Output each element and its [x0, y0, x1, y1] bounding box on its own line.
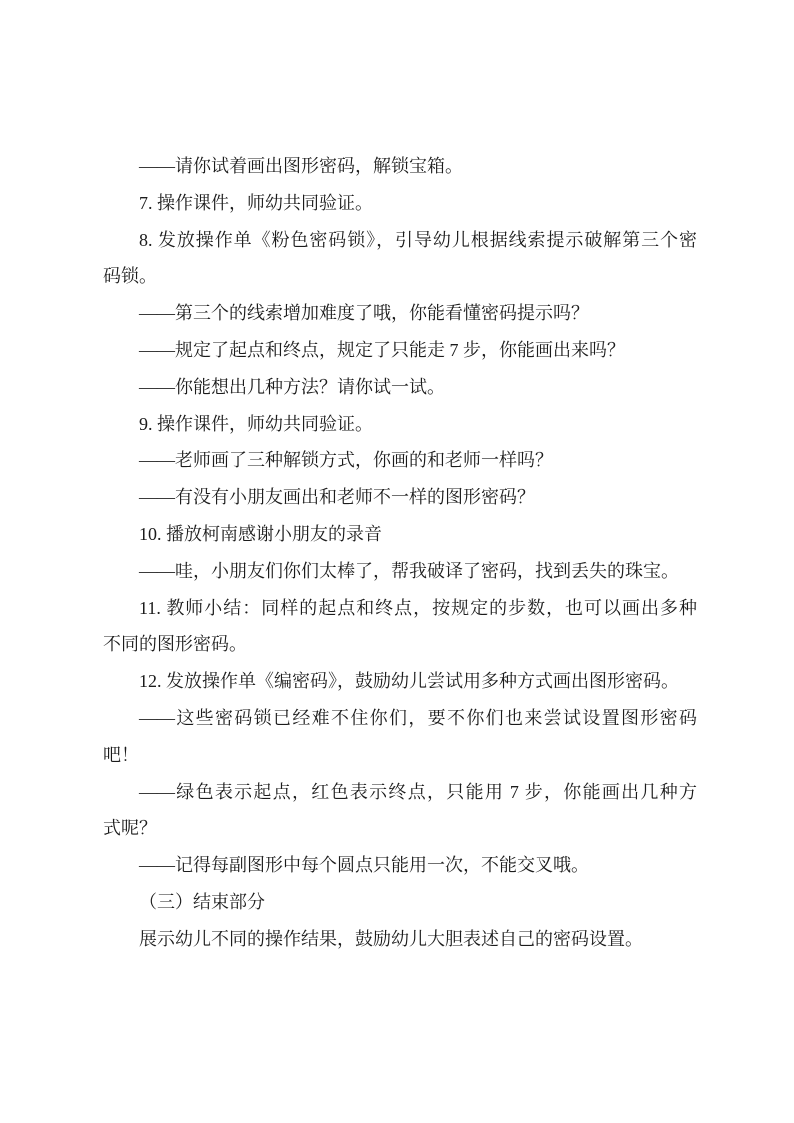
paragraph: ——规定了起点和终点，规定了只能走 7 步，你能画出来吗？: [103, 332, 697, 369]
text-line: 7. 操作课件，师幼共同验证。: [103, 185, 697, 222]
paragraph: ——记得每副图形中每个圆点只能用一次，不能交叉哦。: [103, 847, 697, 884]
paragraph: 7. 操作课件，师幼共同验证。: [103, 185, 697, 222]
text-line: 8. 发放操作单《粉色密码锁》，引导幼儿根据线索提示破解第三个密: [103, 222, 697, 259]
text-line: 9. 操作课件，师幼共同验证。: [103, 406, 697, 443]
text-line: ——哇，小朋友们你们太棒了，帮我破译了密码，找到丢失的珠宝。: [103, 553, 697, 590]
text-line: 吧！: [103, 737, 697, 774]
paragraph: 8. 发放操作单《粉色密码锁》，引导幼儿根据线索提示破解第三个密码锁。: [103, 222, 697, 296]
text-line: 不同的图形密码。: [103, 626, 697, 663]
text-line: 12. 发放操作单《编密码》，鼓励幼儿尝试用多种方式画出图形密码。: [103, 663, 697, 700]
text-line: 展示幼儿不同的操作结果，鼓励幼儿大胆表述自己的密码设置。: [103, 921, 697, 958]
text-line: ——第三个的线索增加难度了哦，你能看懂密码提示吗？: [103, 295, 697, 332]
document-page: ——请你试着画出图形密码，解锁宝箱。7. 操作课件，师幼共同验证。8. 发放操作…: [0, 0, 794, 1123]
text-line: （三）结束部分: [103, 884, 697, 921]
paragraph: ——哇，小朋友们你们太棒了，帮我破译了密码，找到丢失的珠宝。: [103, 553, 697, 590]
paragraph: 9. 操作课件，师幼共同验证。: [103, 406, 697, 443]
text-line: ——请你试着画出图形密码，解锁宝箱。: [103, 148, 697, 185]
paragraph: ——绿色表示起点，红色表示终点，只能用 7 步，你能画出几种方式呢？: [103, 774, 697, 848]
document-body: ——请你试着画出图形密码，解锁宝箱。7. 操作课件，师幼共同验证。8. 发放操作…: [103, 148, 697, 958]
text-line: 码锁。: [103, 258, 697, 295]
text-line: 11. 教师小结：同样的起点和终点，按规定的步数，也可以画出多种: [103, 590, 697, 627]
text-line: 10. 播放柯南感谢小朋友的录音: [103, 516, 697, 553]
text-line: ——老师画了三种解锁方式，你画的和老师一样吗？: [103, 442, 697, 479]
paragraph: 展示幼儿不同的操作结果，鼓励幼儿大胆表述自己的密码设置。: [103, 921, 697, 958]
paragraph: ——第三个的线索增加难度了哦，你能看懂密码提示吗？: [103, 295, 697, 332]
paragraph: 11. 教师小结：同样的起点和终点，按规定的步数，也可以画出多种不同的图形密码。: [103, 590, 697, 664]
paragraph: ——你能想出几种方法？请你试一试。: [103, 369, 697, 406]
paragraph: ——老师画了三种解锁方式，你画的和老师一样吗？: [103, 442, 697, 479]
text-line: 式呢？: [103, 810, 697, 847]
text-line: ——绿色表示起点，红色表示终点，只能用 7 步，你能画出几种方: [103, 774, 697, 811]
paragraph: （三）结束部分: [103, 884, 697, 921]
text-line: ——你能想出几种方法？请你试一试。: [103, 369, 697, 406]
text-line: ——这些密码锁已经难不住你们，要不你们也来尝试设置图形密码: [103, 700, 697, 737]
paragraph: ——请你试着画出图形密码，解锁宝箱。: [103, 148, 697, 185]
paragraph: ——这些密码锁已经难不住你们，要不你们也来尝试设置图形密码吧！: [103, 700, 697, 774]
paragraph: ——有没有小朋友画出和老师不一样的图形密码？: [103, 479, 697, 516]
paragraph: 10. 播放柯南感谢小朋友的录音: [103, 516, 697, 553]
text-line: ——记得每副图形中每个圆点只能用一次，不能交叉哦。: [103, 847, 697, 884]
paragraph: 12. 发放操作单《编密码》，鼓励幼儿尝试用多种方式画出图形密码。: [103, 663, 697, 700]
text-line: ——有没有小朋友画出和老师不一样的图形密码？: [103, 479, 697, 516]
text-line: ——规定了起点和终点，规定了只能走 7 步，你能画出来吗？: [103, 332, 697, 369]
